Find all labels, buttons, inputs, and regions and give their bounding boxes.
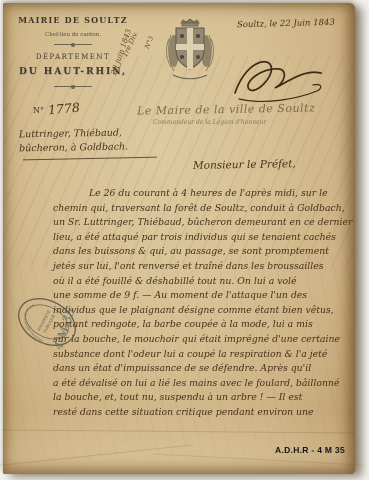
paper-crease	[3, 429, 355, 433]
printed-sender-title: Le Maire de la ville de Soultz	[137, 101, 316, 117]
letter-line: individus que le plaignant désigne comme…	[53, 304, 349, 319]
paper-crease	[0, 445, 193, 467]
letter-line: chemin qui, traversant la forêt de Soult…	[53, 202, 349, 217]
letter-number-value: 1778	[47, 100, 80, 118]
letter-line: Le 26 du courant à 4 heures de l'après m…	[53, 187, 349, 202]
letter-line: sur la bouche, le mouchoir qui était imp…	[53, 333, 349, 348]
letter-line: resté dans cette situation critique pend…	[53, 406, 349, 421]
letter-line: une somme de 9 f. — Au moment de l'attaq…	[53, 289, 349, 304]
margin-note: Luttringer, Thiébaud, bûcheron, à Goldba…	[19, 126, 179, 156]
margin-note-underline	[23, 157, 157, 161]
letter-paper: MAIRIE DE SOULTZ Chef-lieu de canton. DÉ…	[3, 3, 355, 474]
mairie-title: MAIRIE DE SOULTZ	[17, 15, 129, 25]
registry-note: N°3	[143, 35, 155, 50]
letter-line: substance dont l'odeur lui a coupé la re…	[53, 348, 349, 363]
letter-line: où il a été fouillé & déshabillé tout nu…	[53, 275, 349, 290]
dateline: Soultz, le 22 Juin 1843	[237, 18, 335, 31]
soultz-coat-of-arms-icon	[163, 17, 217, 83]
letter-number-label: N°	[33, 106, 44, 115]
ornamental-rule	[54, 44, 92, 45]
letter-line: la bouche, et, tout nu, suspendu à un ar…	[53, 391, 349, 406]
salutation: Monsieur le Préfet,	[193, 158, 296, 172]
letterhead: MAIRIE DE SOULTZ Chef-lieu de canton. DÉ…	[17, 15, 129, 95]
department-label: DÉPARTEMENT	[17, 53, 129, 61]
letter-line: dans un état d'impuissance de se défendr…	[53, 362, 349, 377]
margin-note-line: bûcheron, à Goldbach.	[19, 139, 179, 155]
paper-crease	[153, 454, 363, 466]
letter-line: portant redingote, la barbe coupée à la …	[53, 318, 349, 333]
letter-line: dans les buissons & qui, au passage, se …	[53, 245, 349, 260]
mairie-subtitle: Chef-lieu de canton.	[17, 32, 129, 38]
letter-line: lieu, a été attaqué par trois individus …	[53, 231, 349, 246]
ornamental-rule	[54, 86, 92, 87]
letter-line: a été dévalisé on lui a lié les mains av…	[53, 377, 349, 392]
letter-line: jetés sur lui, l'ont renversé et traîné …	[53, 260, 349, 275]
scan-background: MAIRIE DE SOULTZ Chef-lieu de canton. DÉ…	[0, 0, 369, 480]
archive-reference-label: A.D.H.R - 4 M 35	[275, 445, 345, 455]
letter-number: N°1778	[33, 101, 80, 116]
signature-flourish	[225, 53, 330, 105]
letter-body: Le 26 du courant à 4 heures de l'après m…	[53, 187, 349, 421]
letter-line: un Sr. Luttringer, Thiébaud, bûcheron de…	[53, 216, 349, 231]
paper-bottom-fade	[3, 412, 355, 474]
